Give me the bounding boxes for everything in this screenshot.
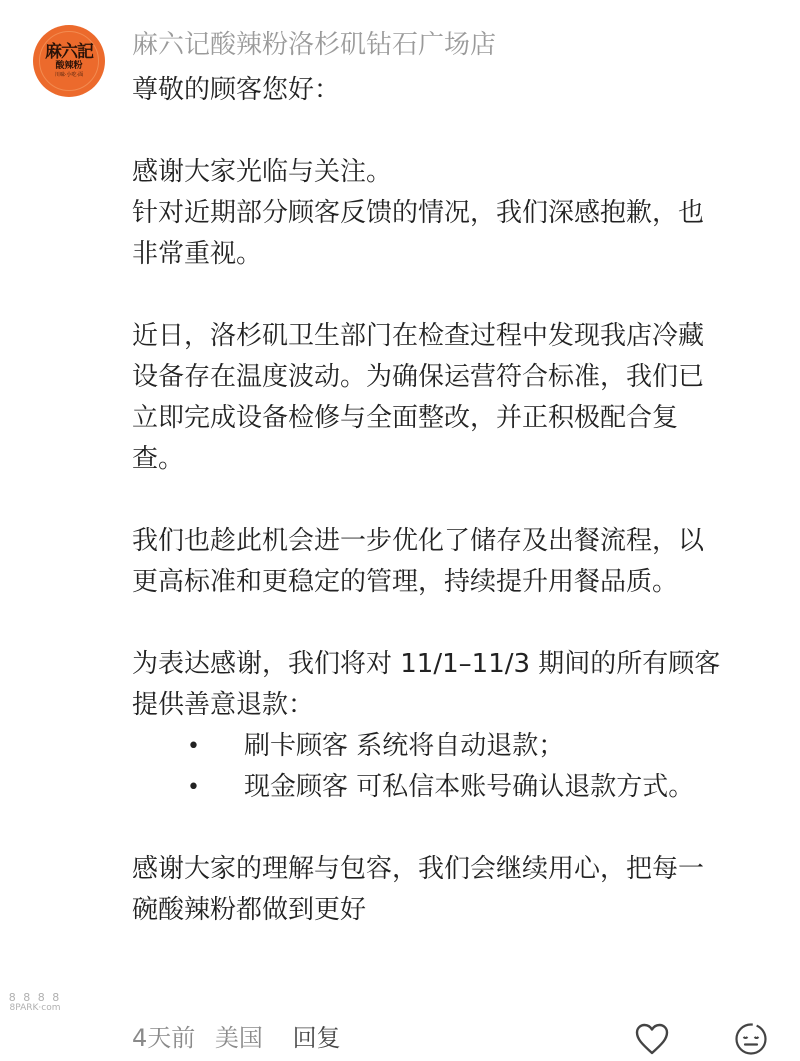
text-line: 提供善意退款： [132, 685, 772, 726]
text-line: 立即完成设备检修与全面整改，并正积极配合复 [132, 398, 772, 439]
text-line: 非常重视。 [132, 234, 772, 275]
paragraph-1: 感谢大家光临与关注。 针对近期部分顾客反馈的情况，我们深感抱歉，也 非常重视。 [132, 152, 772, 275]
avatar-logo-tiny: 川味·小吃·面 [55, 72, 83, 79]
comment-body: 尊敬的顾客您好： 感谢大家光临与关注。 针对近期部分顾客反馈的情况，我们深感抱歉… [132, 70, 772, 931]
bullet-text: 现金顾客 可私信本账号确认退款方式。 [244, 767, 694, 808]
watermark-bottom: 8PARK·com [5, 1003, 65, 1014]
bullet-dot: • [132, 726, 244, 767]
bullet-dot: • [132, 767, 244, 808]
text-line: 我们也趁此机会进一步优化了储存及出餐流程，以 [132, 521, 772, 562]
text-line: 碗酸辣粉都做到更好 [132, 890, 772, 931]
paragraph-5: 感谢大家的理解与包容，我们会继续用心，把每一 碗酸辣粉都做到更好 [132, 849, 772, 931]
text-line: 设备存在温度波动。为确保运营符合标准，我们已 [132, 357, 772, 398]
watermark-top: 8 8 8 8 [5, 992, 65, 1003]
timestamp: 4天前 [132, 1024, 195, 1052]
text-line: 感谢大家的理解与包容，我们会继续用心，把每一 [132, 849, 772, 890]
text-line: 查。 [132, 439, 772, 480]
text-line: 感谢大家光临与关注。 [132, 152, 772, 193]
reply-button[interactable]: 回复 [293, 1024, 341, 1052]
paragraph-3: 我们也趁此机会进一步优化了储存及出餐流程，以 更高标准和更稳定的管理，持续提升用… [132, 521, 772, 603]
avatar-logo-main: 麻六記 [45, 43, 93, 61]
text-line: 近日，洛杉矶卫生部门在检查过程中发现我店冷藏 [132, 316, 772, 357]
heart-icon[interactable] [634, 1022, 670, 1056]
location: 美国 [215, 1024, 263, 1052]
bullet-text: 刷卡顾客 系统将自动退款； [244, 726, 564, 767]
bullet-item: • 刷卡顾客 系统将自动退款； [132, 726, 772, 767]
watermark: 8 8 8 8 8PARK·com [5, 992, 65, 1014]
paragraph-gap [132, 808, 772, 849]
text-line: 为表达感谢，我们将对 11/1–11/3 期间的所有顾客 [132, 644, 772, 685]
comment-footer: 4天前 美国 回复 [132, 1021, 341, 1055]
paragraph-4: 为表达感谢，我们将对 11/1–11/3 期间的所有顾客 提供善意退款： • 刷… [132, 644, 772, 808]
bullet-item: • 现金顾客 可私信本账号确认退款方式。 [132, 767, 772, 808]
text-line: 针对近期部分顾客反馈的情况，我们深感抱歉，也 [132, 193, 772, 234]
avatar[interactable]: 麻六記 酸辣粉 川味·小吃·面 [33, 25, 105, 97]
paragraph-gap [132, 603, 772, 644]
greeting: 尊敬的顾客您好： [132, 70, 772, 111]
text-line: 更高标准和更稳定的管理，持续提升用餐品质。 [132, 562, 772, 603]
paragraph-gap [132, 111, 772, 152]
author-name[interactable]: 麻六记酸辣粉洛杉矶钻石广场店 [132, 28, 496, 62]
paragraph-gap [132, 275, 772, 316]
avatar-logo-sub: 酸辣粉 [55, 61, 82, 72]
paragraph-gap [132, 480, 772, 521]
paragraph-2: 近日，洛杉矶卫生部门在检查过程中发现我店冷藏 设备存在温度波动。为确保运营符合标… [132, 316, 772, 480]
meh-face-icon[interactable] [734, 1020, 768, 1056]
